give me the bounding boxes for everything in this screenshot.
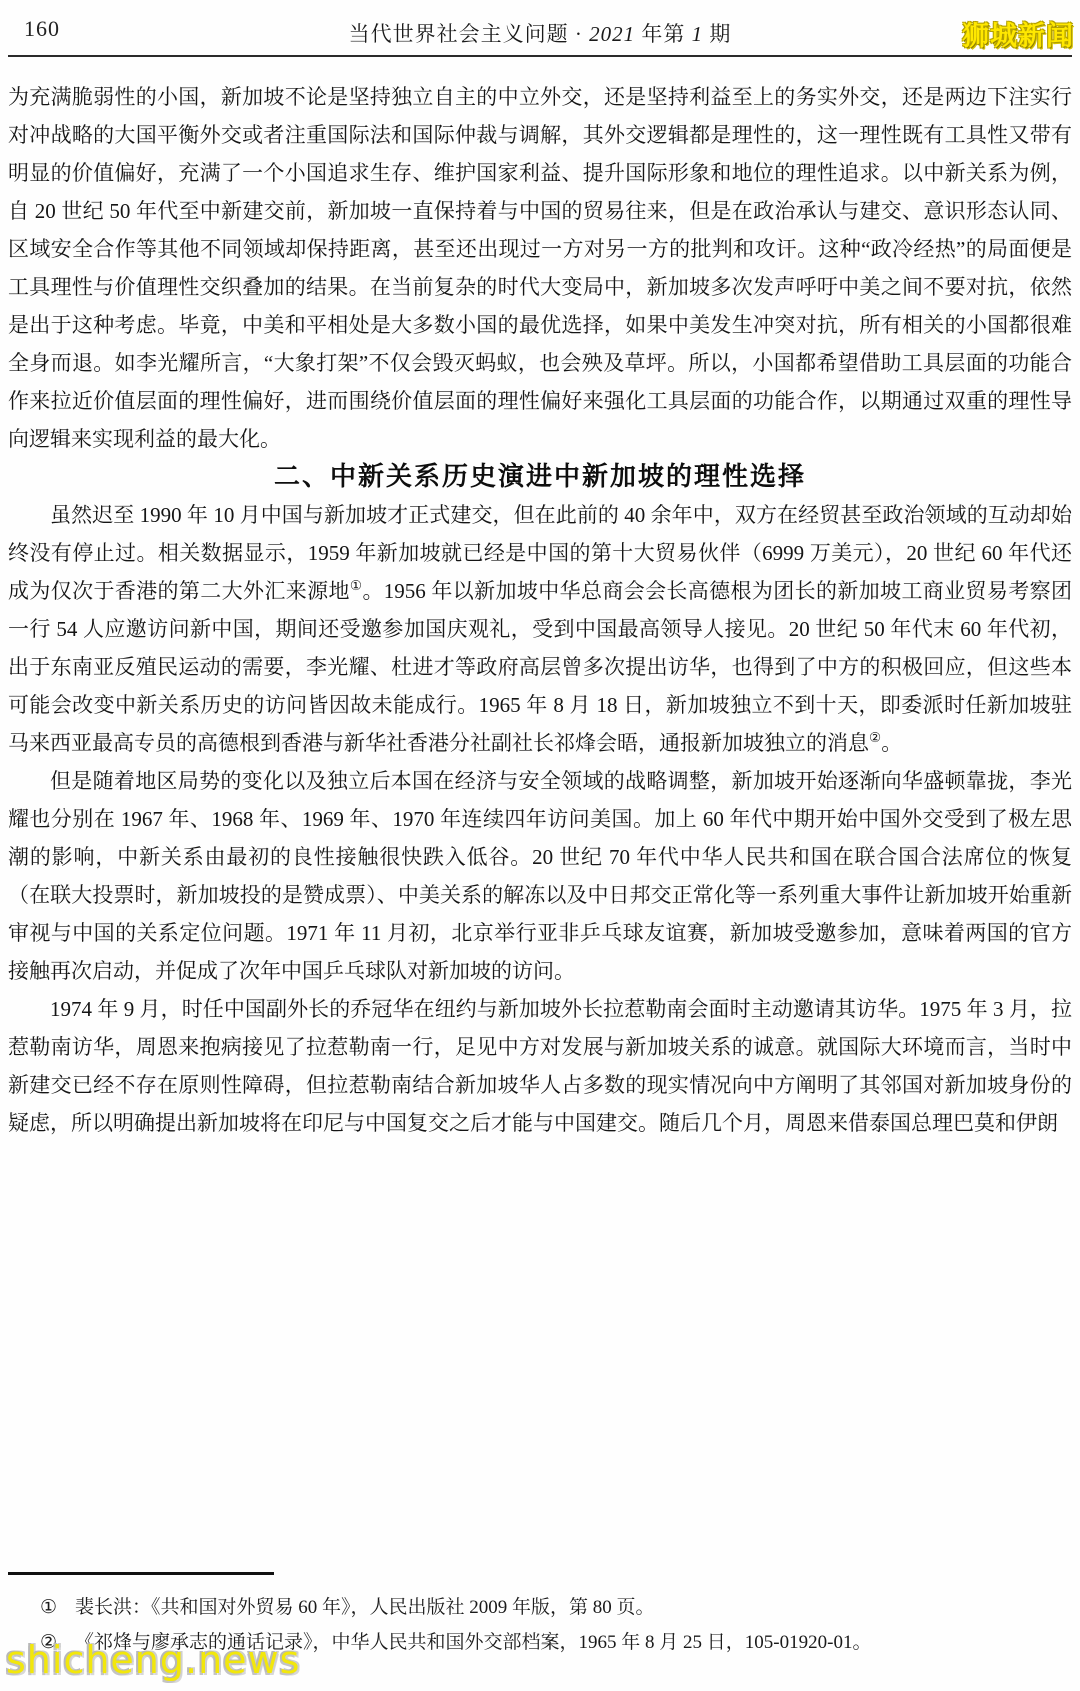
page-header: 160 当代世界社会主义问题 · 2021 年第 1 期 狮城新闻 (0, 0, 1080, 56)
header-divider (8, 55, 1072, 57)
journal-title-mid: 年第 (635, 22, 692, 46)
footnote-divider (8, 1572, 274, 1575)
journal-title-text: 当代世界社会主义问题 · (349, 22, 590, 46)
watermark-top: 狮城新闻 (962, 14, 1074, 53)
article-body: 为充满脆弱性的小国，新加坡不论是坚持独立自主的中立外交，还是坚持利益至上的务实外… (8, 78, 1072, 1564)
journal-title-suffix: 期 (703, 22, 731, 46)
paragraph: 但是随着地区局势的变化以及独立后本国在经济与安全领域的战略调整，新加坡开始逐渐向… (8, 762, 1072, 990)
footnote-marker: ① (40, 1590, 57, 1625)
paragraph-continuation: 为充满脆弱性的小国，新加坡不论是坚持独立自主的中立外交，还是坚持利益至上的务实外… (8, 78, 1072, 458)
journal-issue: 1 (692, 22, 704, 46)
paragraph: 虽然迟至 1990 年 10 月中国与新加坡才正式建交，但在此前的 40 余年中… (8, 496, 1072, 762)
watermark-bottom: shicheng.news (6, 1638, 300, 1682)
section-heading: 二、中新关系历史演进中新加坡的理性选择 (8, 458, 1072, 496)
paragraph: 1974 年 9 月，时任中国副外长的乔冠华在纽约与新加坡外长拉惹勒南会面时主动… (8, 990, 1072, 1142)
footnote-item: ① 裴长洪：《共和国对外贸易 60 年》，人民出版社 2009 年版，第 80 … (8, 1590, 1058, 1625)
footnote-text: 裴长洪：《共和国对外贸易 60 年》，人民出版社 2009 年版，第 80 页。 (75, 1590, 1058, 1625)
journal-year: 2021 (589, 22, 635, 46)
paper-page: 160 当代世界社会主义问题 · 2021 年第 1 期 狮城新闻 为充满脆弱性… (0, 0, 1080, 1691)
journal-title: 当代世界社会主义问题 · 2021 年第 1 期 (0, 18, 1080, 48)
